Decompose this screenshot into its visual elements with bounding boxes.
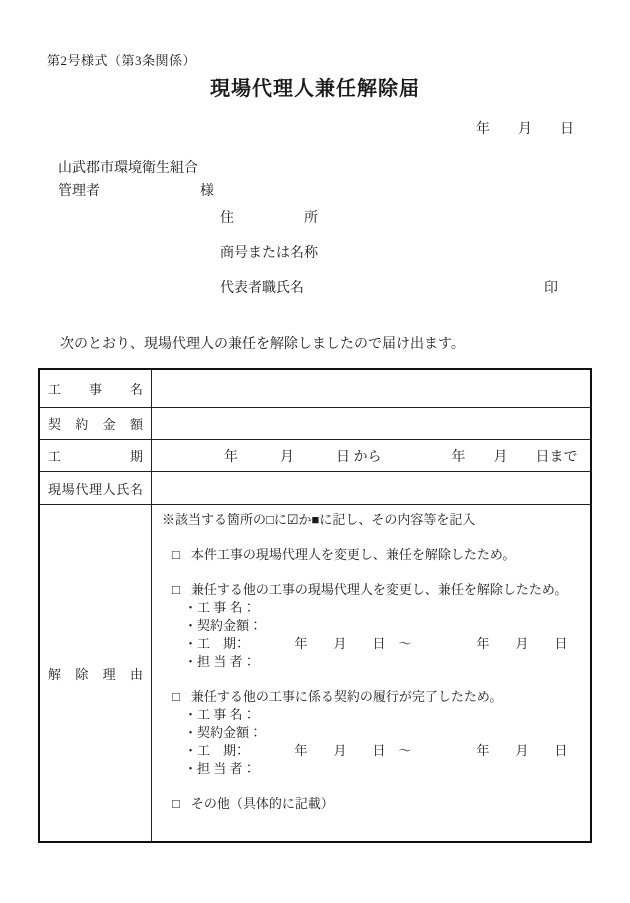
- site-agent-name-field[interactable]: [152, 472, 590, 504]
- release-reason-label: 解除理由: [48, 664, 143, 683]
- checkbox-icon[interactable]: □: [172, 795, 180, 813]
- reason-option-3: □兼任する他の工事に係る契約の履行が完了したため。: [162, 688, 580, 706]
- construction-name-field[interactable]: [152, 370, 590, 407]
- page-title: 現場代理人兼任解除届: [0, 72, 630, 101]
- option-2-period-field[interactable]: ・工 期： 年 月 日 ～ 年 月 日: [162, 635, 580, 653]
- addressee-role-line: 管理者様: [58, 180, 214, 203]
- table-row-site-agent-name: 現場代理人氏名: [40, 472, 590, 505]
- contract-amount-label-cell: 契約金額: [40, 408, 152, 439]
- table-row-construction-period: 工期 年 月 日 から 年 月 日まで: [40, 440, 590, 472]
- reason-option-4: □その他（具体的に記載）: [162, 795, 580, 813]
- representative-line: 代表者職氏名印: [220, 279, 558, 314]
- option-2-person-in-charge-field[interactable]: ・担 当 者：: [162, 653, 580, 671]
- table-row-contract-amount: 契約金額: [40, 408, 590, 440]
- release-reason-content: ※該当する箇所の□に☑か■に記し、その内容等を記入 □本件工事の現場代理人を変更…: [152, 505, 590, 841]
- representative-label: 代表者職氏名: [220, 281, 304, 296]
- document-page: 第2号様式（第3条関係） 現場代理人兼任解除届 年 月 日 山武郡市環境衛生組合…: [0, 0, 630, 903]
- form-table: 工事名 契約金額 工期 年 月 日 から 年 月 日まで 現場代理人氏名 解除理…: [38, 368, 592, 843]
- addressee-role: 管理者: [58, 184, 100, 199]
- date-field[interactable]: 年 月 日: [476, 118, 574, 138]
- table-row-release-reason: 解除理由 ※該当する箇所の□に☑か■に記し、その内容等を記入 □本件工事の現場代…: [40, 505, 590, 841]
- checkbox-icon[interactable]: □: [172, 581, 180, 599]
- form-number: 第2号様式（第3条関係）: [47, 50, 196, 69]
- addressee-block: 山武郡市環境衛生組合 管理者様: [58, 157, 214, 203]
- addressee-organization: 山武郡市環境衛生組合: [58, 157, 214, 180]
- seal-mark: 印: [544, 279, 558, 299]
- checkbox-icon[interactable]: □: [172, 688, 180, 706]
- address-label: 住 所: [220, 209, 558, 244]
- option-3-contract-amount-field[interactable]: ・契約金額：: [162, 724, 580, 742]
- release-reason-label-cell: 解除理由: [40, 505, 152, 841]
- checkbox-icon[interactable]: □: [172, 546, 180, 564]
- table-row-construction-name: 工事名: [40, 370, 590, 408]
- option-2-construction-name-field[interactable]: ・工 事 名：: [162, 599, 580, 617]
- site-agent-name-label-cell: 現場代理人氏名: [40, 472, 152, 504]
- option-2-contract-amount-field[interactable]: ・契約金額：: [162, 617, 580, 635]
- contract-amount-label: 契約金額: [48, 414, 143, 433]
- reason-option-3-text: 兼任する他の工事に係る契約の履行が完了したため。: [191, 688, 502, 706]
- addressee-honorific: 様: [200, 180, 214, 203]
- reason-option-4-text: その他（具体的に記載）: [191, 795, 334, 813]
- construction-period-label: 工期: [48, 446, 143, 465]
- contract-amount-field[interactable]: [152, 408, 590, 439]
- applicant-block: 住 所 商号または名称 代表者職氏名印: [220, 209, 558, 314]
- reason-option-1: □本件工事の現場代理人を変更し、兼任を解除したため。: [162, 546, 580, 564]
- construction-period-label-cell: 工期: [40, 440, 152, 471]
- construction-name-label: 工事名: [48, 379, 143, 398]
- option-3-period-field[interactable]: ・工 期： 年 月 日 ～ 年 月 日: [162, 742, 580, 760]
- reason-option-2: □兼任する他の工事の現場代理人を変更し、兼任を解除したため。: [162, 581, 580, 599]
- reason-option-2-text: 兼任する他の工事の現場代理人を変更し、兼任を解除したため。: [191, 581, 567, 599]
- option-3-person-in-charge-field[interactable]: ・担 当 者：: [162, 760, 580, 778]
- reason-option-1-text: 本件工事の現場代理人を変更し、兼任を解除したため。: [191, 546, 515, 564]
- construction-period-field[interactable]: 年 月 日 から 年 月 日まで: [152, 440, 590, 471]
- site-agent-name-label: 現場代理人氏名: [48, 479, 143, 498]
- option-3-construction-name-field[interactable]: ・工 事 名：: [162, 706, 580, 724]
- reason-note: ※該当する箇所の□に☑か■に記し、その内容等を記入: [162, 511, 580, 529]
- company-name-label: 商号または名称: [220, 244, 558, 279]
- statement-text: 次のとおり、現場代理人の兼任を解除しましたので届け出ます。: [60, 333, 465, 353]
- construction-name-label-cell: 工事名: [40, 370, 152, 407]
